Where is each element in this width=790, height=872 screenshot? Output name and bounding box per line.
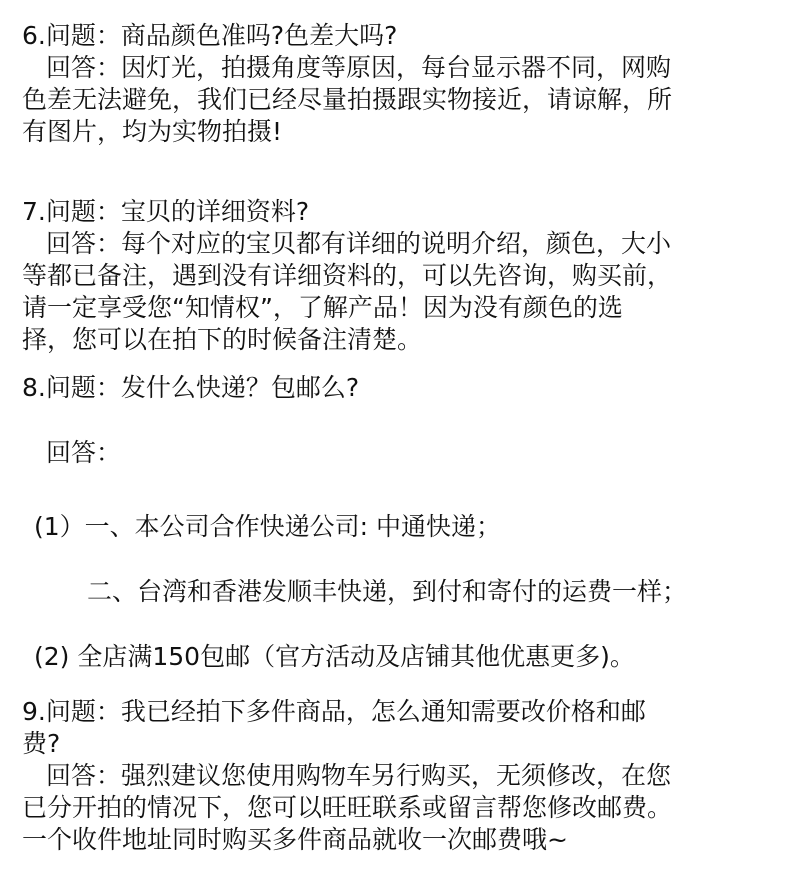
faq-9-question: 9.问题：我已经拍下多件商品，怎么通知需要改价格和邮: [22, 696, 646, 728]
faq-9-answer-line: 已分开拍的情况下，您可以旺旺联系或留言帮您修改邮费。: [22, 792, 672, 824]
faq-9-answer-line: 一个收件地址同时购买多件商品就收一次邮费哦~: [22, 824, 568, 856]
faq-8-answer-item: 二、台湾和香港发顺丰快递，到付和寄付的运费一样；: [22, 576, 687, 608]
faq-8-question: 8.问题：发什么快递？包邮么?: [22, 372, 359, 404]
faq-8-answer-item: (2) 全店满150包邮（官方活动及店铺其他优惠更多)。: [22, 641, 635, 673]
faq-7-answer-line: 回答：每个对应的宝贝都有详细的说明介绍，颜色，大小: [22, 228, 671, 260]
faq-7-answer-line: 等都已备注，遇到没有详细资料的，可以先咨询，购买前，: [22, 260, 672, 292]
faq-7-answer-line: 请一定享受您“知情权”，了解产品！因为没有颜色的选: [22, 292, 623, 324]
faq-9-answer-line: 回答：强烈建议您使用购物车另行购买，无须修改，在您: [22, 760, 671, 792]
faq-7-answer-line: 择，您可以在拍下的时候备注清楚。: [22, 324, 422, 356]
faq-8-answer-item: (1）一、本公司合作快递公司: 中通快递；: [22, 511, 501, 543]
faq-8-answer-label: 回答：: [22, 437, 121, 469]
faq-6-answer-line: 有图片，均为实物拍摄!: [22, 116, 282, 148]
faq-6-answer-line: 色差无法避免，我们已经尽量拍摄跟实物接近，请谅解，所: [22, 84, 672, 116]
faq-9-question: 费?: [22, 728, 60, 760]
faq-6-answer-line: 回答：因灯光，拍摄角度等原因，每台显示器不同，网购: [22, 52, 671, 84]
faq-7-question: 7.问题：宝贝的详细资料?: [22, 196, 309, 228]
faq-6-question: 6.问题：商品颜色准吗?色差大吗?: [22, 20, 397, 52]
